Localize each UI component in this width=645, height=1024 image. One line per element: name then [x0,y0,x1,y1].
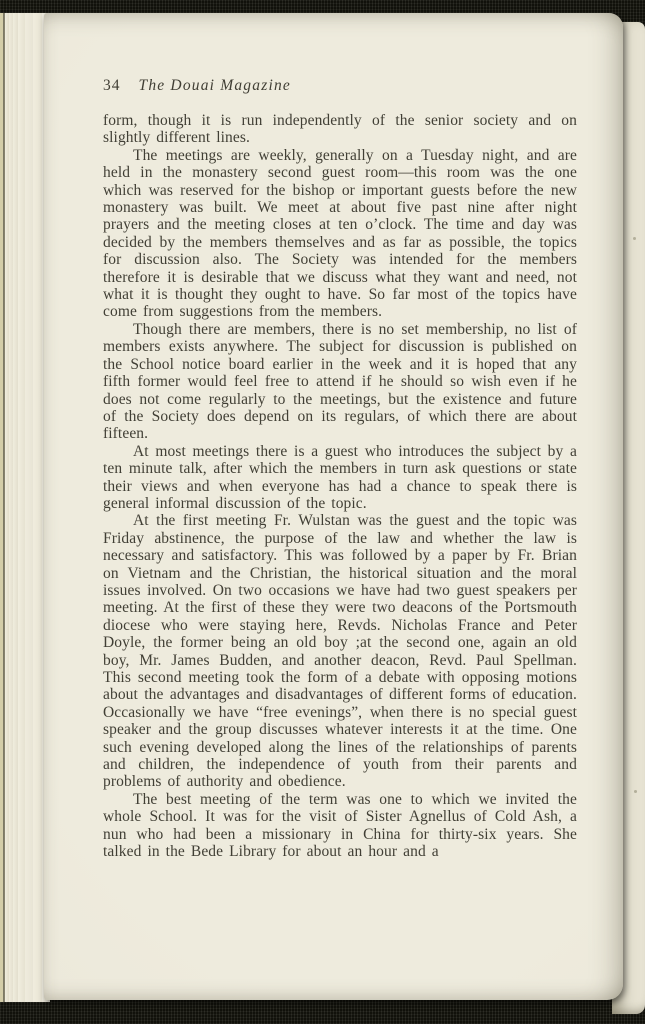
paper-speck [633,237,636,240]
page-header: 34 The Douai Magazine [103,77,577,95]
text-block: 34 The Douai Magazine form, though it is… [103,77,577,860]
page-body: form, though it is run independently of … [103,112,577,860]
body-paragraph: At the first meeting Fr. Wulstan was the… [103,512,577,791]
body-paragraph: The best meeting of the term was one to … [103,791,577,861]
book-page: 34 The Douai Magazine form, though it is… [44,13,623,1000]
page-number: 34 [103,77,121,95]
body-paragraph: Though there are members, there is no se… [103,321,577,443]
paper-speck [634,790,637,793]
body-paragraph: The meetings are weekly, generally on a … [103,147,577,321]
page-fore-edges [0,13,50,1002]
body-paragraph: At most meetings there is a guest who in… [103,443,577,513]
magazine-title: The Douai Magazine [139,77,291,95]
body-paragraph: form, though it is run independently of … [103,112,577,147]
